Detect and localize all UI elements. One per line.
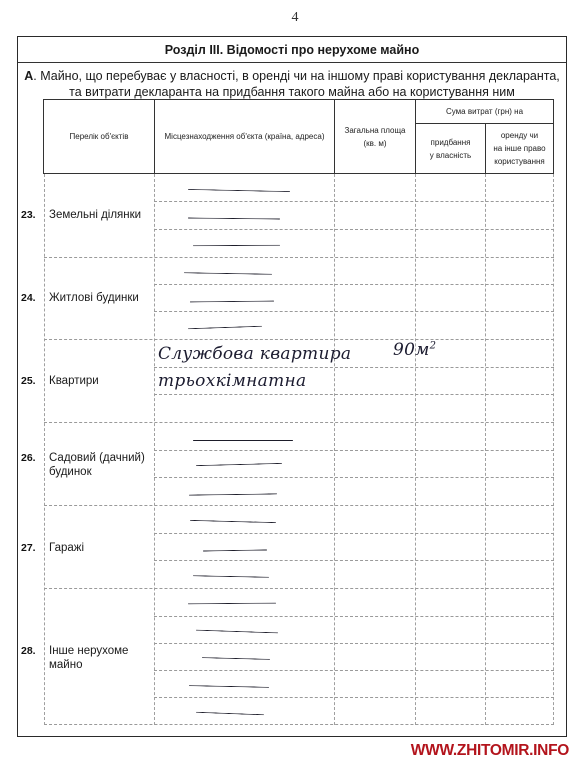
- handwritten-dash: [196, 463, 282, 466]
- row-label-28: Інше нерухоме майно: [49, 644, 128, 672]
- subrow-line: [154, 229, 554, 230]
- header-purchase: придбання у власність: [416, 124, 485, 173]
- handwritten-dash: [193, 575, 269, 578]
- subrow-line: [154, 311, 554, 312]
- row-label-28-line2: майно: [49, 658, 128, 672]
- handwritten-dash: [193, 440, 293, 441]
- handwritten-dash: [202, 657, 270, 660]
- subrow-line: [154, 616, 554, 617]
- subrow-line: [154, 697, 554, 698]
- handwritten-dash: [188, 189, 290, 192]
- handwritten-dash: [196, 712, 264, 716]
- handwritten-dash: [190, 301, 274, 303]
- subrow-line: [154, 450, 554, 451]
- row-divider-23-24: [44, 257, 554, 258]
- row-divider-26-27: [44, 505, 554, 506]
- header-purchase-line1: придбання: [431, 136, 471, 149]
- row-number-23: 23.: [21, 209, 36, 221]
- header-purchase-line2: у власність: [430, 149, 471, 162]
- handwritten-dash: [189, 685, 269, 688]
- handwritten-area: 90м2: [393, 340, 436, 360]
- row-number-25: 25.: [21, 375, 36, 387]
- header-rent-line3: користування: [494, 155, 545, 168]
- handwritten-dash: [188, 218, 280, 220]
- header-area-line1: Загальна площа: [345, 124, 406, 137]
- subrow-line: [154, 533, 554, 534]
- handwritten-dash: [203, 549, 267, 551]
- row-number-26: 26.: [21, 452, 36, 464]
- header-objects: Перелік об'єктів: [44, 100, 154, 173]
- subrow-line: [154, 670, 554, 671]
- subrow-line: [154, 367, 554, 368]
- row-divider-25-26: [44, 422, 554, 423]
- handwritten-area-unit-sup: 2: [430, 340, 437, 351]
- row-label-26-line1: Садовий (дачний): [49, 451, 145, 465]
- handwritten-dash: [196, 630, 278, 634]
- row-number-27: 27.: [21, 542, 36, 554]
- property-table: Перелік об'єктів Місцезнаходження об'єкт…: [0, 0, 581, 768]
- row-divider-24-25: [44, 339, 554, 340]
- row-number-24: 24.: [21, 292, 36, 304]
- row-divider-27-28: [44, 588, 554, 589]
- header-bottom-border: [43, 173, 554, 174]
- subrow-line: [154, 201, 554, 202]
- row-label-24: Житлові будинки: [49, 291, 139, 305]
- header-rent: оренду чи на інше право користування: [486, 124, 553, 173]
- row-label-26: Садовий (дачний) будинок: [49, 451, 145, 479]
- row-label-28-line1: Інше нерухоме: [49, 644, 128, 658]
- handwritten-dash: [190, 520, 276, 523]
- handwritten-area-value: 90м: [393, 340, 430, 360]
- row-number-28: 28.: [21, 645, 36, 657]
- row-label-26-line2: будинок: [49, 465, 145, 479]
- handwritten-location-line1: Службова квартира: [158, 344, 351, 364]
- header-expenses: Сума витрат (грн) на: [416, 100, 553, 123]
- handwritten-dash: [193, 245, 280, 247]
- handwritten-dash: [189, 493, 277, 495]
- header-rent-line2: на інше право: [493, 142, 545, 155]
- header-right-border: [553, 99, 554, 174]
- watermark: WWW.ZHITOMIR.INFO: [411, 742, 569, 760]
- subrow-line: [154, 560, 554, 561]
- header-rent-line1: оренду чи: [501, 129, 538, 142]
- subrow-line: [154, 394, 554, 395]
- header-location: Місцезнаходження об'єкта (країна, адреса…: [155, 100, 334, 173]
- row-label-25: Квартири: [49, 374, 99, 388]
- handwritten-dash: [184, 272, 272, 275]
- row-label-27: Гаражі: [49, 541, 84, 555]
- subrow-line: [154, 284, 554, 285]
- header-area: Загальна площа (кв. м): [335, 100, 415, 173]
- header-area-line2: (кв. м): [363, 137, 386, 150]
- handwritten-location-line2: трьохкімнатна: [158, 371, 306, 391]
- subrow-line: [154, 643, 554, 644]
- handwritten-dash: [188, 603, 276, 605]
- table-bottom-border: [44, 724, 554, 725]
- row-label-23: Земельні ділянки: [49, 208, 141, 222]
- handwritten-dash: [188, 326, 262, 330]
- subrow-line: [154, 477, 554, 478]
